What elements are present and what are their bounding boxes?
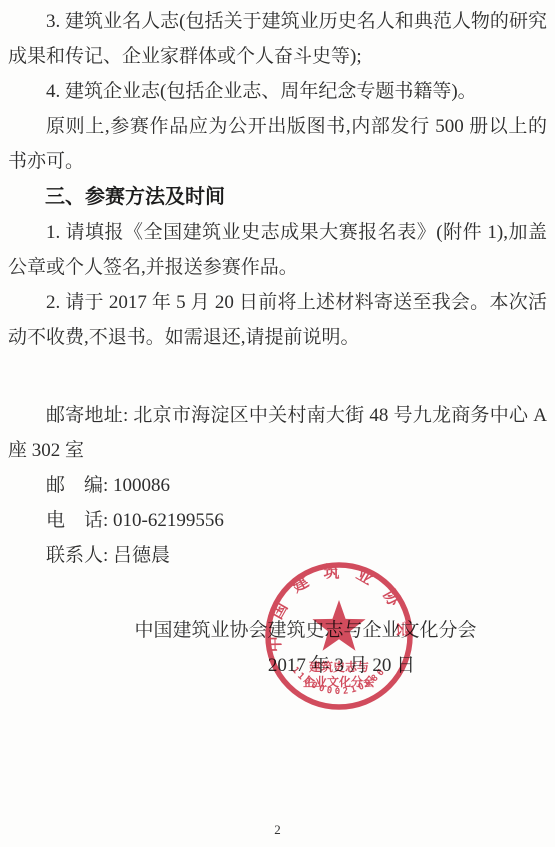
contact-person: 联系人: 吕德晨 xyxy=(8,538,547,573)
section-heading: 三、参赛方法及时间 xyxy=(8,179,547,215)
paragraph-method-1: 1. 请填报《全国建筑业史志成果大赛报名表》(附件 1),加盖公章或个人签名,并… xyxy=(8,215,547,285)
contact-postal-code: 邮 编: 100086 xyxy=(8,468,547,503)
page-number: 2 xyxy=(0,822,555,838)
document-body: 3. 建筑业名人志(包括关于建筑业历史名人和典范人物的研究成果和传记、企业家群体… xyxy=(0,0,555,683)
paragraph-principle-note: 原则上,参赛作品应为公开出版图书,内部发行 500 册以上的书亦可。 xyxy=(8,109,547,179)
contact-mailing-address: 邮寄地址: 北京市海淀区中关村南大街 48 号九龙商务中心 A 座 302 室 xyxy=(8,398,547,468)
signature-organization: 中国建筑业协会建筑史志与企业文化分会 xyxy=(36,613,555,648)
paragraph-method-2: 2. 请于 2017 年 5 月 20 日前将上述材料寄送至我会。本次活动不收费… xyxy=(8,285,547,355)
document-page: 3. 建筑业名人志(包括关于建筑业历史名人和典范人物的研究成果和传记、企业家群体… xyxy=(0,0,555,847)
paragraph-item-3: 3. 建筑业名人志(包括关于建筑业历史名人和典范人物的研究成果和传记、企业家群体… xyxy=(8,4,547,74)
paragraph-item-4: 4. 建筑企业志(包括企业志、周年纪念专题书籍等)。 xyxy=(8,74,547,109)
signature-block: 中国建筑业协会建筑史志与企业文化分会 2017 年 3 月 20 日 xyxy=(8,613,547,683)
signature-date: 2017 年 3 月 20 日 xyxy=(72,648,555,683)
contact-phone: 电 话: 010-62199556 xyxy=(8,503,547,538)
